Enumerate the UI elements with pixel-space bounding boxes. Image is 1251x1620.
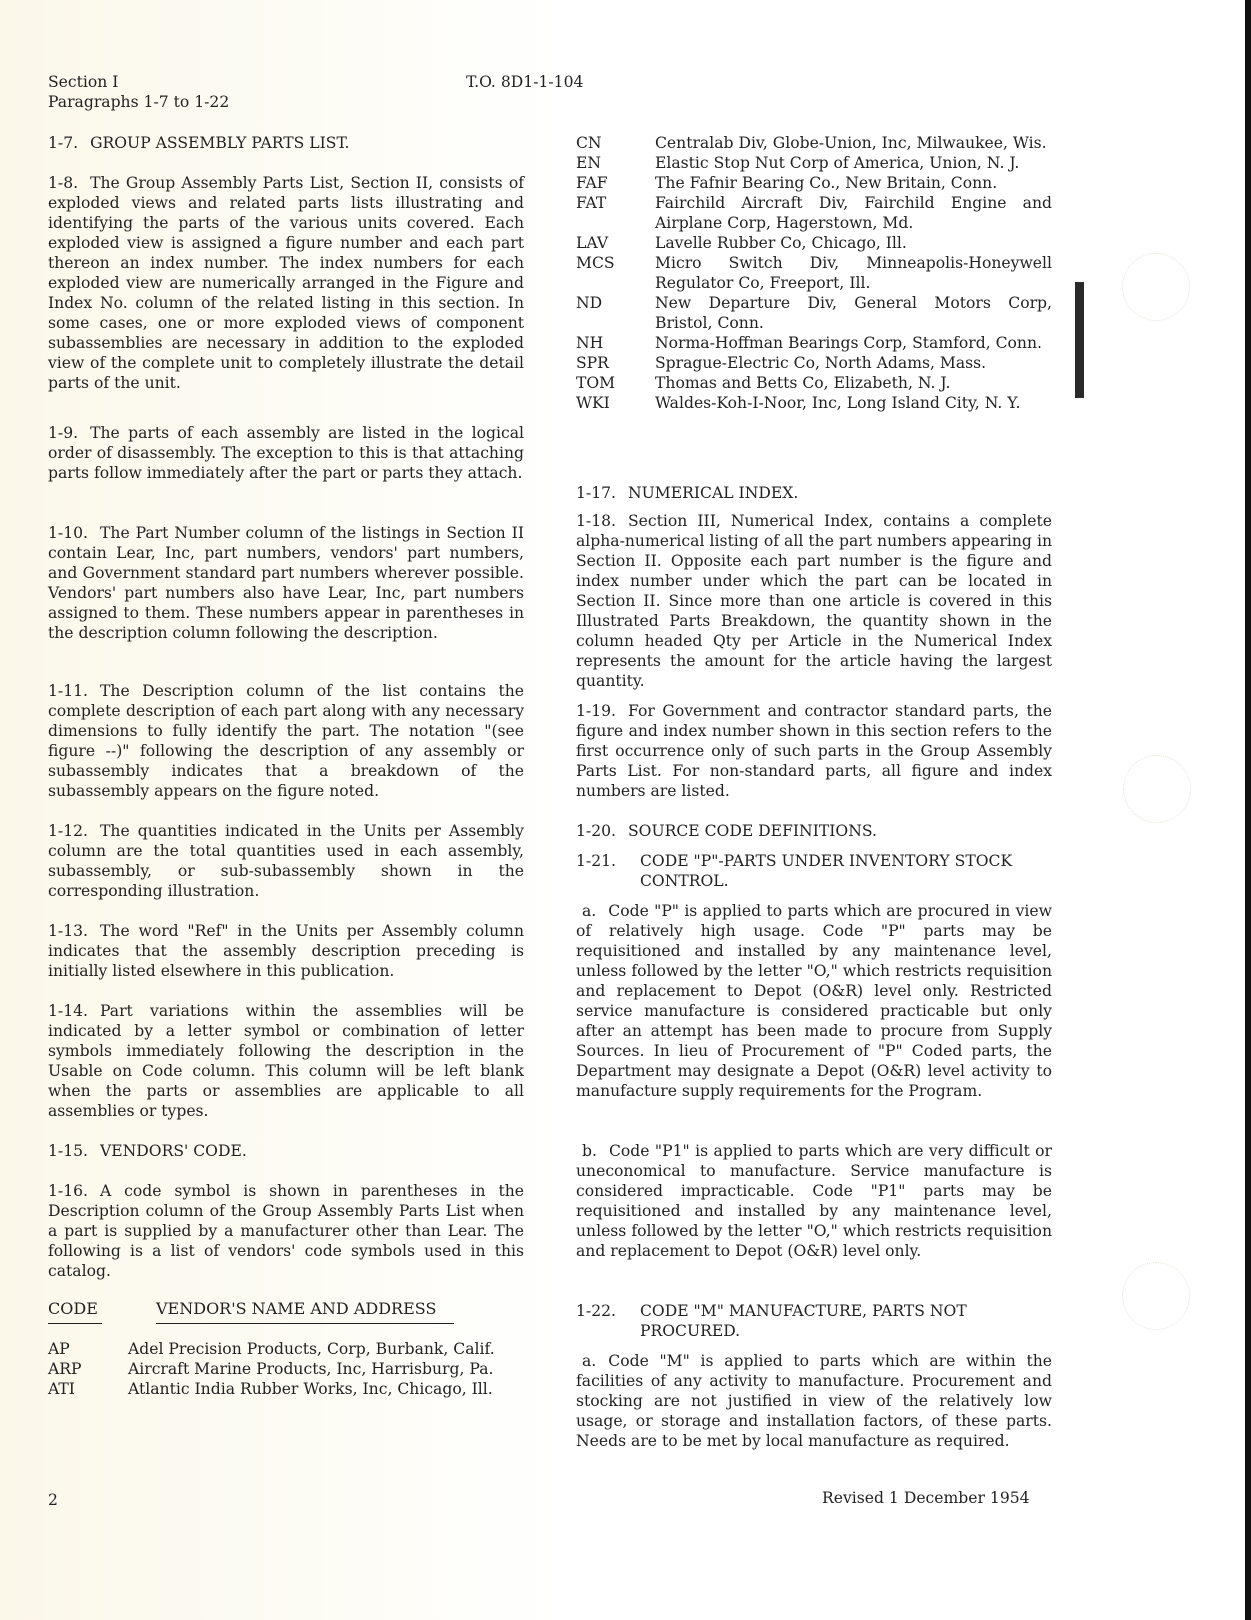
paragraph-number: 1-7.: [48, 134, 78, 152]
vendor-name: New Departure Div, General Motors Corp, …: [655, 293, 1052, 333]
paragraph-number: 1-9.: [48, 424, 78, 442]
paragraph-1-8: 1-8.The Group Assembly Parts List, Secti…: [48, 173, 524, 393]
paragraph-number: 1-16.: [48, 1182, 88, 1200]
paragraph-1-18: 1-18.Section III, Numerical Index, conta…: [576, 511, 1052, 691]
heading-1-20: 1-20.SOURCE CODE DEFINITIONS.: [576, 821, 877, 841]
table-row: TOMThomas and Betts Co, Elizabeth, N. J.: [576, 373, 1052, 393]
paragraph-1-13: 1-13.The word "Ref" in the Units per Ass…: [48, 921, 524, 981]
hole-punch-icon: [1122, 1262, 1190, 1330]
vendor-code: CN: [576, 133, 602, 153]
paragraph-text: Code "M" is applied to parts which are w…: [576, 1352, 1052, 1450]
header-underline: [156, 1323, 454, 1324]
subparagraph-label: b.: [582, 1142, 597, 1160]
revision-date: Revised 1 December 1954: [822, 1488, 1030, 1508]
vendor-code: ARP: [48, 1359, 82, 1379]
paragraph-text: For Government and contractor standard p…: [576, 702, 1052, 800]
paragraph-text: Code "P1" is applied to parts which are …: [576, 1142, 1052, 1260]
vendor-name: Thomas and Betts Co, Elizabeth, N. J.: [655, 373, 1052, 393]
table-row: MCSMicro Switch Div, Minneapolis-Honeywe…: [576, 253, 1052, 293]
heading-1-17: 1-17.NUMERICAL INDEX.: [576, 483, 798, 503]
paragraph-number: 1-18.: [576, 512, 616, 530]
vendor-code: MCS: [576, 253, 615, 273]
vendor-code: TOM: [576, 373, 615, 393]
paragraph-number: 1-20.: [576, 822, 616, 840]
table-row: ARP Aircraft Marine Products, Inc, Harri…: [48, 1359, 524, 1379]
vendor-code: FAT: [576, 193, 606, 213]
paragraph-1-19: 1-19.For Government and contractor stand…: [576, 701, 1052, 801]
paragraph-number: 1-10.: [48, 524, 88, 542]
paragraph-1-16: 1-16.A code symbol is shown in parenthes…: [48, 1181, 524, 1281]
vendor-name: Atlantic India Rubber Works, Inc, Chicag…: [128, 1379, 524, 1399]
vendor-name: Waldes-Koh-I-Noor, Inc, Long Island City…: [655, 393, 1052, 413]
header-underline: [48, 1323, 102, 1324]
subparagraph-label: a.: [582, 902, 596, 920]
column-header-vendor-name: VENDOR'S NAME AND ADDRESS: [156, 1299, 436, 1318]
vendor-name: Adel Precision Products, Corp, Burbank, …: [128, 1339, 524, 1359]
subparagraph-label: a.: [582, 1352, 596, 1370]
table-row: CNCentralab Div, Globe-Union, Inc, Milwa…: [576, 133, 1052, 153]
vendor-code: LAV: [576, 233, 608, 253]
heading-1-21: 1-21. CODE "P"-PARTS UNDER INVENTORY STO…: [576, 851, 1052, 891]
paragraph-number: 1-17.: [576, 484, 616, 502]
paragraph-1-9: 1-9.The parts of each assembly are liste…: [48, 423, 524, 483]
paragraph-number: 1-22.: [576, 1301, 640, 1341]
paragraph-text: Section III, Numerical Index, contains a…: [576, 512, 1052, 690]
doc-number: T.O. 8D1-1-104: [466, 72, 583, 92]
paragraph-number: 1-19.: [576, 702, 616, 720]
paragraph-text: A code symbol is shown in parentheses in…: [48, 1182, 524, 1280]
table-row: SPRSprague-Electric Co, North Adams, Mas…: [576, 353, 1052, 373]
heading-title: SOURCE CODE DEFINITIONS.: [628, 822, 877, 840]
vendor-table-header: CODE VENDOR'S NAME AND ADDRESS: [48, 1299, 524, 1321]
table-row: NHNorma-Hoffman Bearings Corp, Stamford,…: [576, 333, 1052, 353]
paragraph-number: 1-14.: [48, 1002, 88, 1020]
vendor-name: Lavelle Rubber Co, Chicago, Ill.: [655, 233, 1052, 253]
paragraph-number: 1-8.: [48, 174, 78, 192]
table-row: FATFairchild Aircraft Div, Fairchild Eng…: [576, 193, 1052, 233]
paragraph-1-11: 1-11.The Description column of the list …: [48, 681, 524, 801]
vendor-name: Elastic Stop Nut Corp of America, Union,…: [655, 153, 1052, 173]
vendor-code: EN: [576, 153, 601, 173]
paragraph-text: The Part Number column of the listings i…: [48, 524, 524, 642]
page-edge: [1245, 0, 1251, 1620]
table-row: AP Adel Precision Products, Corp, Burban…: [48, 1339, 524, 1359]
table-row: LAVLavelle Rubber Co, Chicago, Ill.: [576, 233, 1052, 253]
heading-title: CODE "P"-PARTS UNDER INVENTORY STOCK CON…: [640, 851, 1052, 891]
page-number: 2: [48, 1490, 58, 1510]
vendor-table-left: AP Adel Precision Products, Corp, Burban…: [48, 1339, 524, 1399]
paragraph-range: Paragraphs 1-7 to 1-22: [48, 92, 229, 112]
heading-title: VENDORS' CODE.: [100, 1142, 247, 1160]
vendor-code: AP: [48, 1339, 70, 1359]
paragraph-text: Part variations within the assemblies wi…: [48, 1002, 524, 1120]
heading-1-7: 1-7.GROUP ASSEMBLY PARTS LIST.: [48, 133, 350, 153]
vendor-name: Sprague-Electric Co, North Adams, Mass.: [655, 353, 1052, 373]
vendor-code: WKI: [576, 393, 610, 413]
vendor-code: NH: [576, 333, 603, 353]
heading-title: GROUP ASSEMBLY PARTS LIST.: [90, 134, 349, 152]
paragraph-text: The word "Ref" in the Units per Assembly…: [48, 922, 524, 980]
table-row: FAFThe Fafnir Bearing Co., New Britain, …: [576, 173, 1052, 193]
paragraph-text: The parts of each assembly are listed in…: [48, 424, 524, 482]
paragraph-number: 1-12.: [48, 822, 88, 840]
paragraph-text: Code "P" is applied to parts which are p…: [576, 902, 1052, 1100]
vendor-code: SPR: [576, 353, 609, 373]
paragraph-1-21-b: b.Code "P1" is applied to parts which ar…: [576, 1141, 1052, 1261]
paragraph-1-10: 1-10.The Part Number column of the listi…: [48, 523, 524, 643]
change-bar: [1075, 282, 1084, 398]
heading-1-15: 1-15.VENDORS' CODE.: [48, 1141, 247, 1161]
table-row: ENElastic Stop Nut Corp of America, Unio…: [576, 153, 1052, 173]
hole-punch-icon: [1123, 755, 1191, 823]
vendor-name: Norma-Hoffman Bearings Corp, Stamford, C…: [655, 333, 1052, 353]
paragraph-number: 1-21.: [576, 851, 640, 891]
paragraph-text: The Group Assembly Parts List, Section I…: [48, 174, 524, 392]
vendor-name: Micro Switch Div, Minneapolis-Honeywell …: [655, 253, 1052, 293]
vendor-code: ND: [576, 293, 602, 313]
paragraph-text: The quantities indicated in the Units pe…: [48, 822, 524, 900]
heading-1-22: 1-22. CODE "M" MANUFACTURE, PARTS NOT PR…: [576, 1301, 1052, 1341]
hole-punch-icon: [1122, 253, 1190, 321]
heading-title: NUMERICAL INDEX.: [628, 484, 798, 502]
vendor-name: Fairchild Aircraft Div, Fairchild Engine…: [655, 193, 1052, 233]
table-row: ATI Atlantic India Rubber Works, Inc, Ch…: [48, 1379, 524, 1399]
table-row: NDNew Departure Div, General Motors Corp…: [576, 293, 1052, 333]
paragraph-1-21-a: a.Code "P" is applied to parts which are…: [576, 901, 1052, 1101]
table-row: WKIWaldes-Koh-I-Noor, Inc, Long Island C…: [576, 393, 1052, 413]
paragraph-1-12: 1-12.The quantities indicated in the Uni…: [48, 821, 524, 901]
heading-title: CODE "M" MANUFACTURE, PARTS NOT PROCURED…: [640, 1301, 1052, 1341]
column-header-code: CODE: [48, 1299, 98, 1318]
vendor-table-right: CNCentralab Div, Globe-Union, Inc, Milwa…: [576, 133, 1052, 413]
vendor-name: The Fafnir Bearing Co., New Britain, Con…: [655, 173, 1052, 193]
section-label: Section I: [48, 72, 118, 92]
vendor-code: FAF: [576, 173, 608, 193]
vendor-name: Aircraft Marine Products, Inc, Harrisbur…: [128, 1359, 524, 1379]
paragraph-number: 1-11.: [48, 682, 88, 700]
vendor-code: ATI: [48, 1379, 75, 1399]
paragraph-number: 1-13.: [48, 922, 88, 940]
paragraph-1-14: 1-14.Part variations within the assembli…: [48, 1001, 524, 1121]
paragraph-number: 1-15.: [48, 1142, 88, 1160]
paragraph-1-22-a: a.Code "M" is applied to parts which are…: [576, 1351, 1052, 1451]
paragraph-text: The Description column of the list conta…: [48, 682, 524, 800]
vendor-name: Centralab Div, Globe-Union, Inc, Milwauk…: [655, 133, 1052, 153]
